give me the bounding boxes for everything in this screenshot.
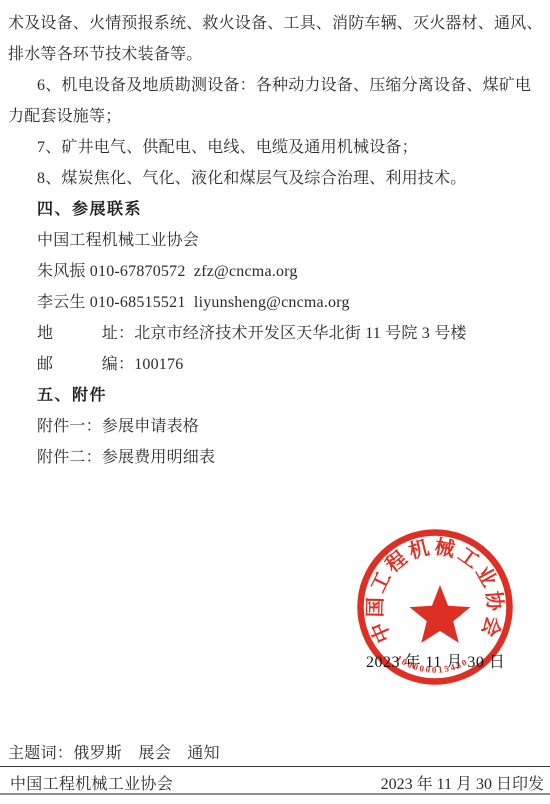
body-line: 排水等各环节技术装备等。 <box>8 39 543 70</box>
body-line: 力配套设施等； <box>8 101 543 132</box>
footer-keywords: 主题词：俄罗斯 展会 通知 <box>8 740 220 763</box>
body-line: 6、机电设备及地质勘测设备：各种动力设备、压缩分离设备、煤矿电 <box>8 70 543 101</box>
body-line: 7、矿井电气、供配电、电线、电缆及通用机械设备； <box>8 132 543 163</box>
postcode-line: 邮 编：100176 <box>8 349 543 380</box>
organization-name: 中国工程机械工业协会 <box>8 225 543 256</box>
document-date: 2023 年 11 月 30 日 <box>366 649 505 672</box>
footer-divider-top <box>0 766 550 767</box>
attachment-line: 附件二：参展费用明细表 <box>8 442 543 473</box>
section-heading-attachments: 五、附件 <box>8 380 543 411</box>
footer-issuer: 中国工程机械工业协会 <box>10 771 173 794</box>
contact-line: 李云生 010-68515521 liyunsheng@cncma.org <box>8 287 543 318</box>
attachment-line: 附件一：参展申请表格 <box>8 411 543 442</box>
document-body: 术及设备、火情预报系统、救火设备、工具、消防车辆、灭火器材、通风、 排水等各环节… <box>8 8 543 473</box>
seal-star-icon <box>410 585 471 643</box>
body-line: 8、煤炭焦化、气化、液化和煤层气及综合治理、利用技术。 <box>8 163 543 194</box>
body-line: 术及设备、火情预报系统、救火设备、工具、消防车辆、灭火器材、通风、 <box>8 8 543 39</box>
footer-divider-bottom <box>0 793 550 795</box>
footer-print-date: 2023 年 11 月 30 日印发 <box>381 771 544 794</box>
contact-line: 朱风振 010-67870572 zfz@cncma.org <box>8 256 543 287</box>
section-heading-contact: 四、参展联系 <box>8 194 543 225</box>
address-line: 地 址：北京市经济技术开发区天华北街 11 号院 3 号楼 <box>8 318 543 349</box>
